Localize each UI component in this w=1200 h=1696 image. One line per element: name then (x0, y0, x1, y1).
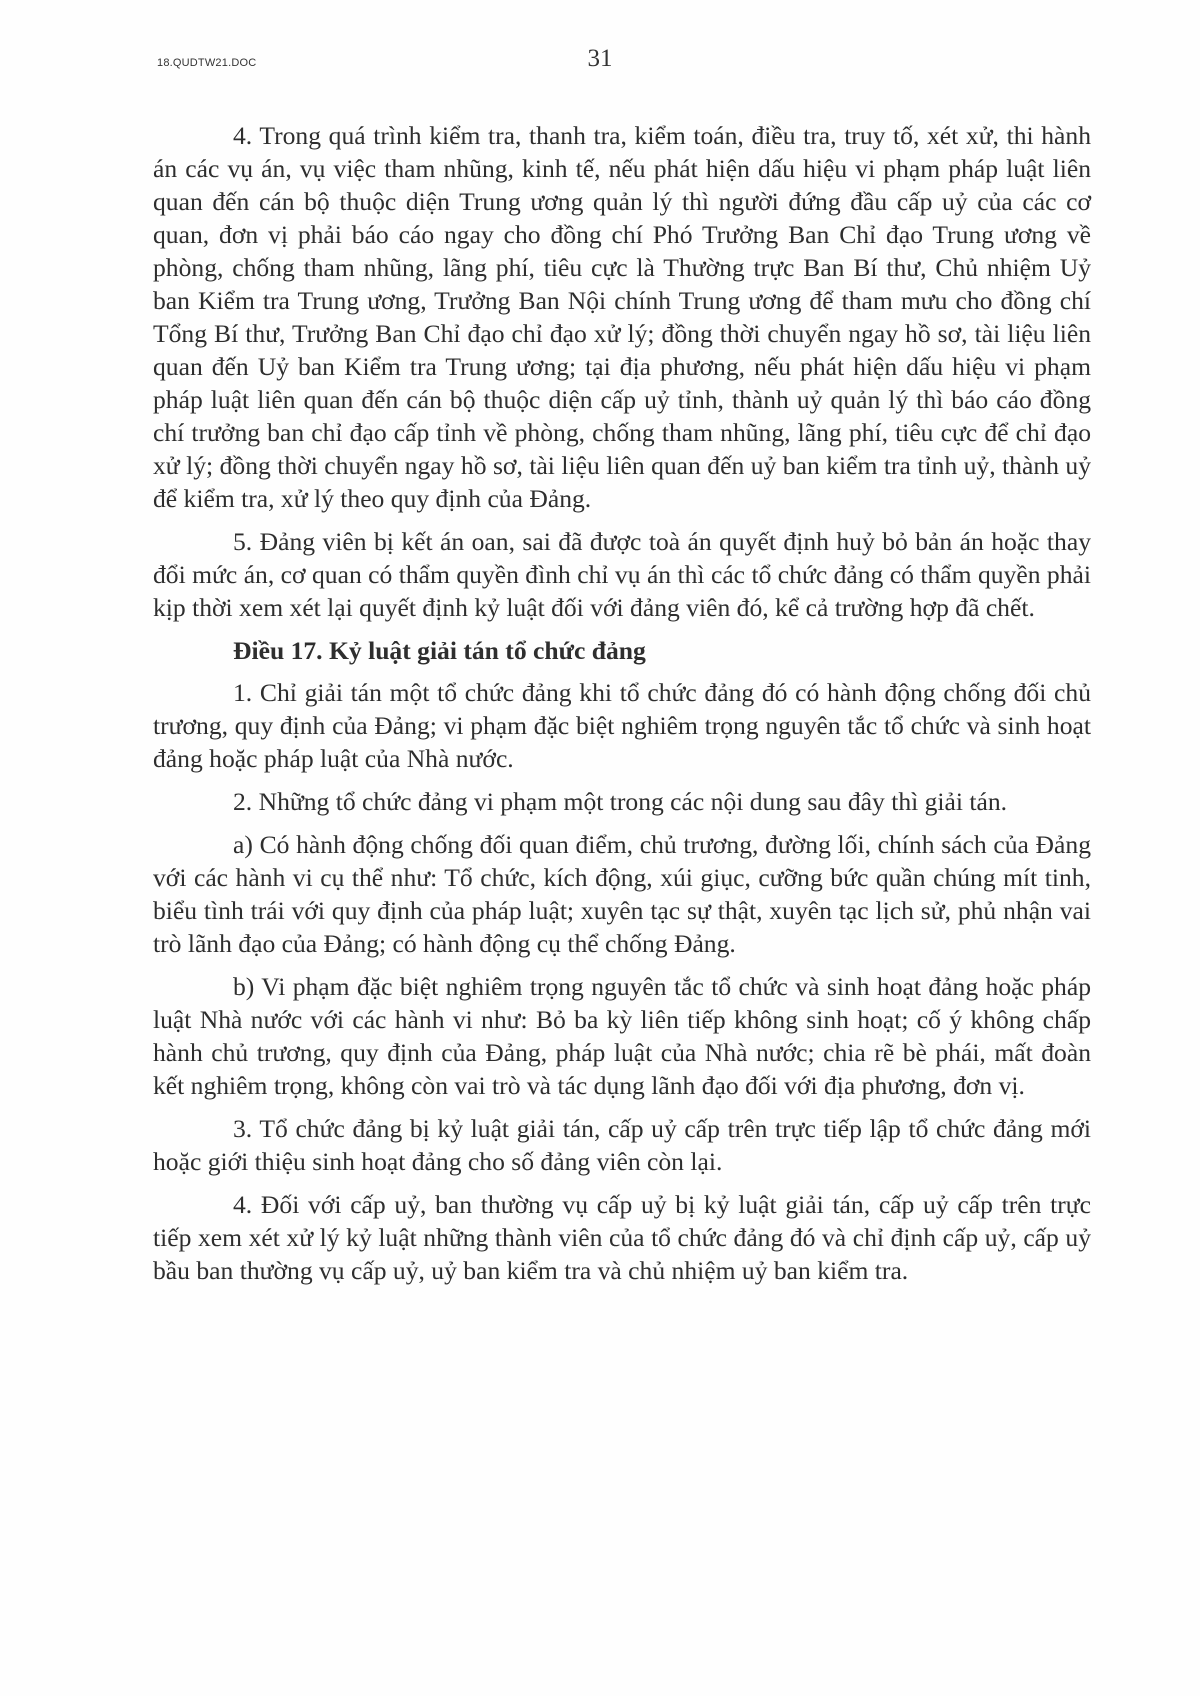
article-paragraph-1: 1. Chỉ giải tán một tổ chức đảng khi tổ … (153, 676, 1091, 775)
article-paragraph-3: 3. Tổ chức đảng bị kỷ luật giải tán, cấp… (153, 1112, 1091, 1178)
article-paragraph-4: 4. Đối với cấp uỷ, ban thường vụ cấp uỷ … (153, 1188, 1091, 1287)
document-body: 4. Trong quá trình kiểm tra, thanh tra, … (153, 119, 1091, 1297)
page-number: 31 (0, 45, 1200, 73)
paragraph-4: 4. Trong quá trình kiểm tra, thanh tra, … (153, 119, 1091, 515)
paragraph-5: 5. Đảng viên bị kết án oan, sai đã được … (153, 525, 1091, 624)
article-paragraph-2b: b) Vi phạm đặc biệt nghiêm trọng nguyên … (153, 970, 1091, 1102)
document-page: 18.QUDTW21.DOC 31 4. Trong quá trình kiể… (0, 0, 1200, 1696)
article-paragraph-2: 2. Những tổ chức đảng vi phạm một trong … (153, 785, 1091, 818)
article-paragraph-2a: a) Có hành động chống đối quan điểm, chủ… (153, 828, 1091, 960)
article-17-heading: Điều 17. Kỷ luật giải tán tổ chức đảng (153, 634, 1091, 667)
